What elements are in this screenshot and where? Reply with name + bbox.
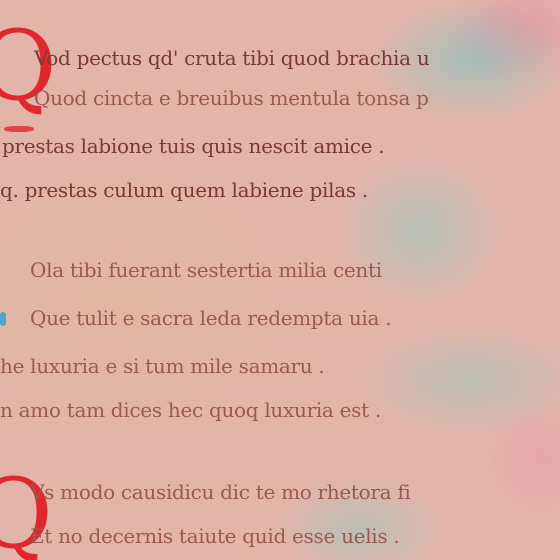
text-line-2: Quod cincta e breuibus mentula tonsa p (34, 86, 429, 110)
text-line-8: n amo tam dices hec quoq luxuria est . (0, 398, 381, 422)
text-line-5: Ola tibi fuerant sestertia milia centi (30, 258, 382, 282)
text-line-3: prestas labione tuis quis nescit amice . (2, 134, 384, 158)
text-line-9: Vs modo causidicu dic te mo rhetora fi (30, 480, 411, 504)
blue-mark (0, 312, 6, 326)
text-line-10: Et no decernis taiute quid esse uelis . (30, 524, 399, 548)
text-line-7: he luxuria e si tum mile samaru . (0, 354, 325, 378)
text-line-6: Que tulit e sacra leda redempta uia . (30, 306, 391, 330)
text-line-1: Vod pectus qd' cruta tibi quod brachia u (34, 46, 429, 70)
manuscript-page: Q Vod pectus qd' cruta tibi quod brachia… (0, 0, 560, 560)
red-flourish (4, 126, 34, 132)
text-line-4: q. prestas culum quem labiene pilas . (0, 178, 368, 202)
